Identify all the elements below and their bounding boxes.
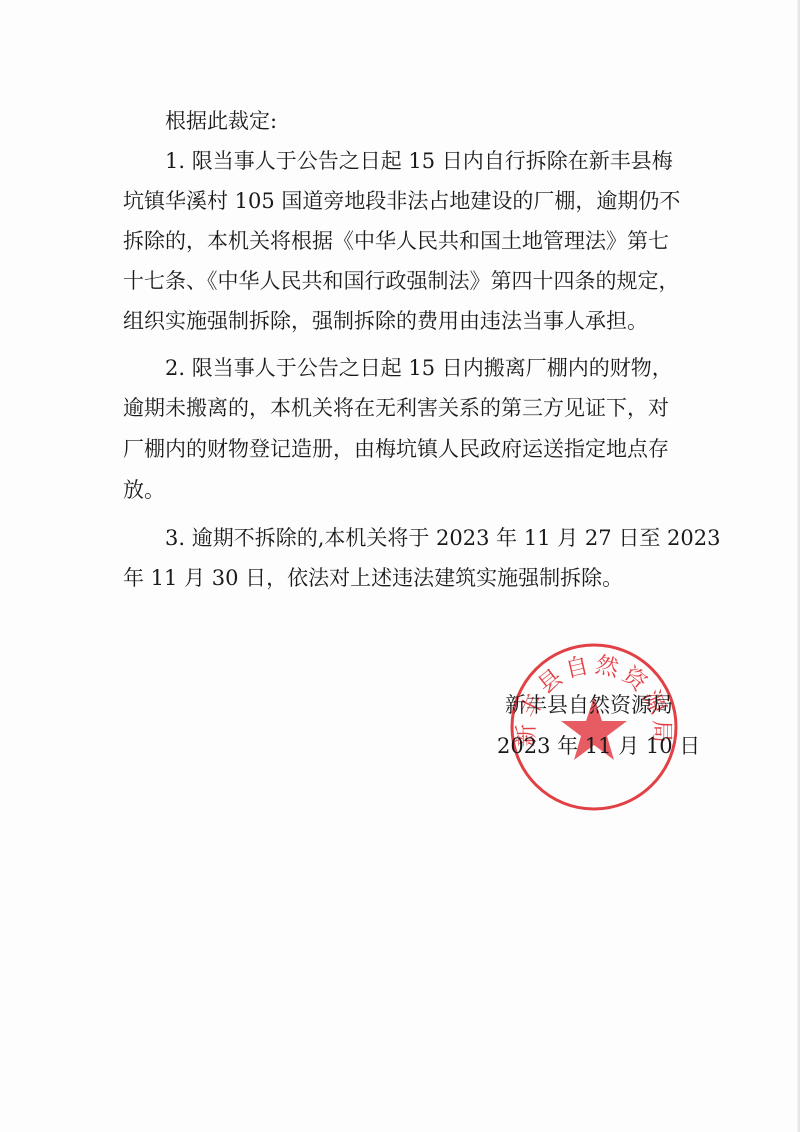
para-3-line-2: 年 11 月 30 日，依法对上述违法建筑实施强制拆除。 [123, 558, 623, 598]
para-2-line-1: 2. 限当事人于公告之日起 15 日内搬离厂棚内的财物， [165, 348, 669, 388]
para-2-line-4: 放。 [123, 470, 165, 510]
para-1-line-4: 十七条、《中华人民共和国行政强制法》第四十四条的规定， [123, 261, 669, 301]
issue-date: 2023 年 11 月 10 日 [497, 726, 668, 766]
para-1-line-2: 坑镇华溪村 105 国道旁地段非法占地建设的厂棚，逾期仍不 [123, 181, 669, 221]
issuing-organization: 新丰县自然资源局 [505, 685, 668, 725]
para-2-line-3: 厂棚内的财物登记造册，由梅坑镇人民政府运送指定地点存 [123, 429, 669, 469]
para-1-line-1: 1. 限当事人于公告之日起 15 日内自行拆除在新丰县梅 [165, 141, 669, 181]
document-page: 根据此裁定: 1. 限当事人于公告之日起 15 日内自行拆除在新丰县梅 坑镇华溪… [0, 0, 800, 1132]
ruling-intro: 根据此裁定: [165, 101, 277, 141]
para-1-line-5: 组织实施强制拆除，强制拆除的费用由违法当事人承担。 [123, 301, 648, 341]
para-3-line-1: 3. 逾期不拆除的,本机关将于 2023 年 11 月 27 日至 2023 [165, 518, 669, 558]
para-2-line-2: 逾期未搬离的，本机关将在无利害关系的第三方见证下，对 [123, 388, 669, 428]
para-1-line-3: 拆除的，本机关将根据《中华人民共和国土地管理法》第七 [123, 221, 669, 261]
